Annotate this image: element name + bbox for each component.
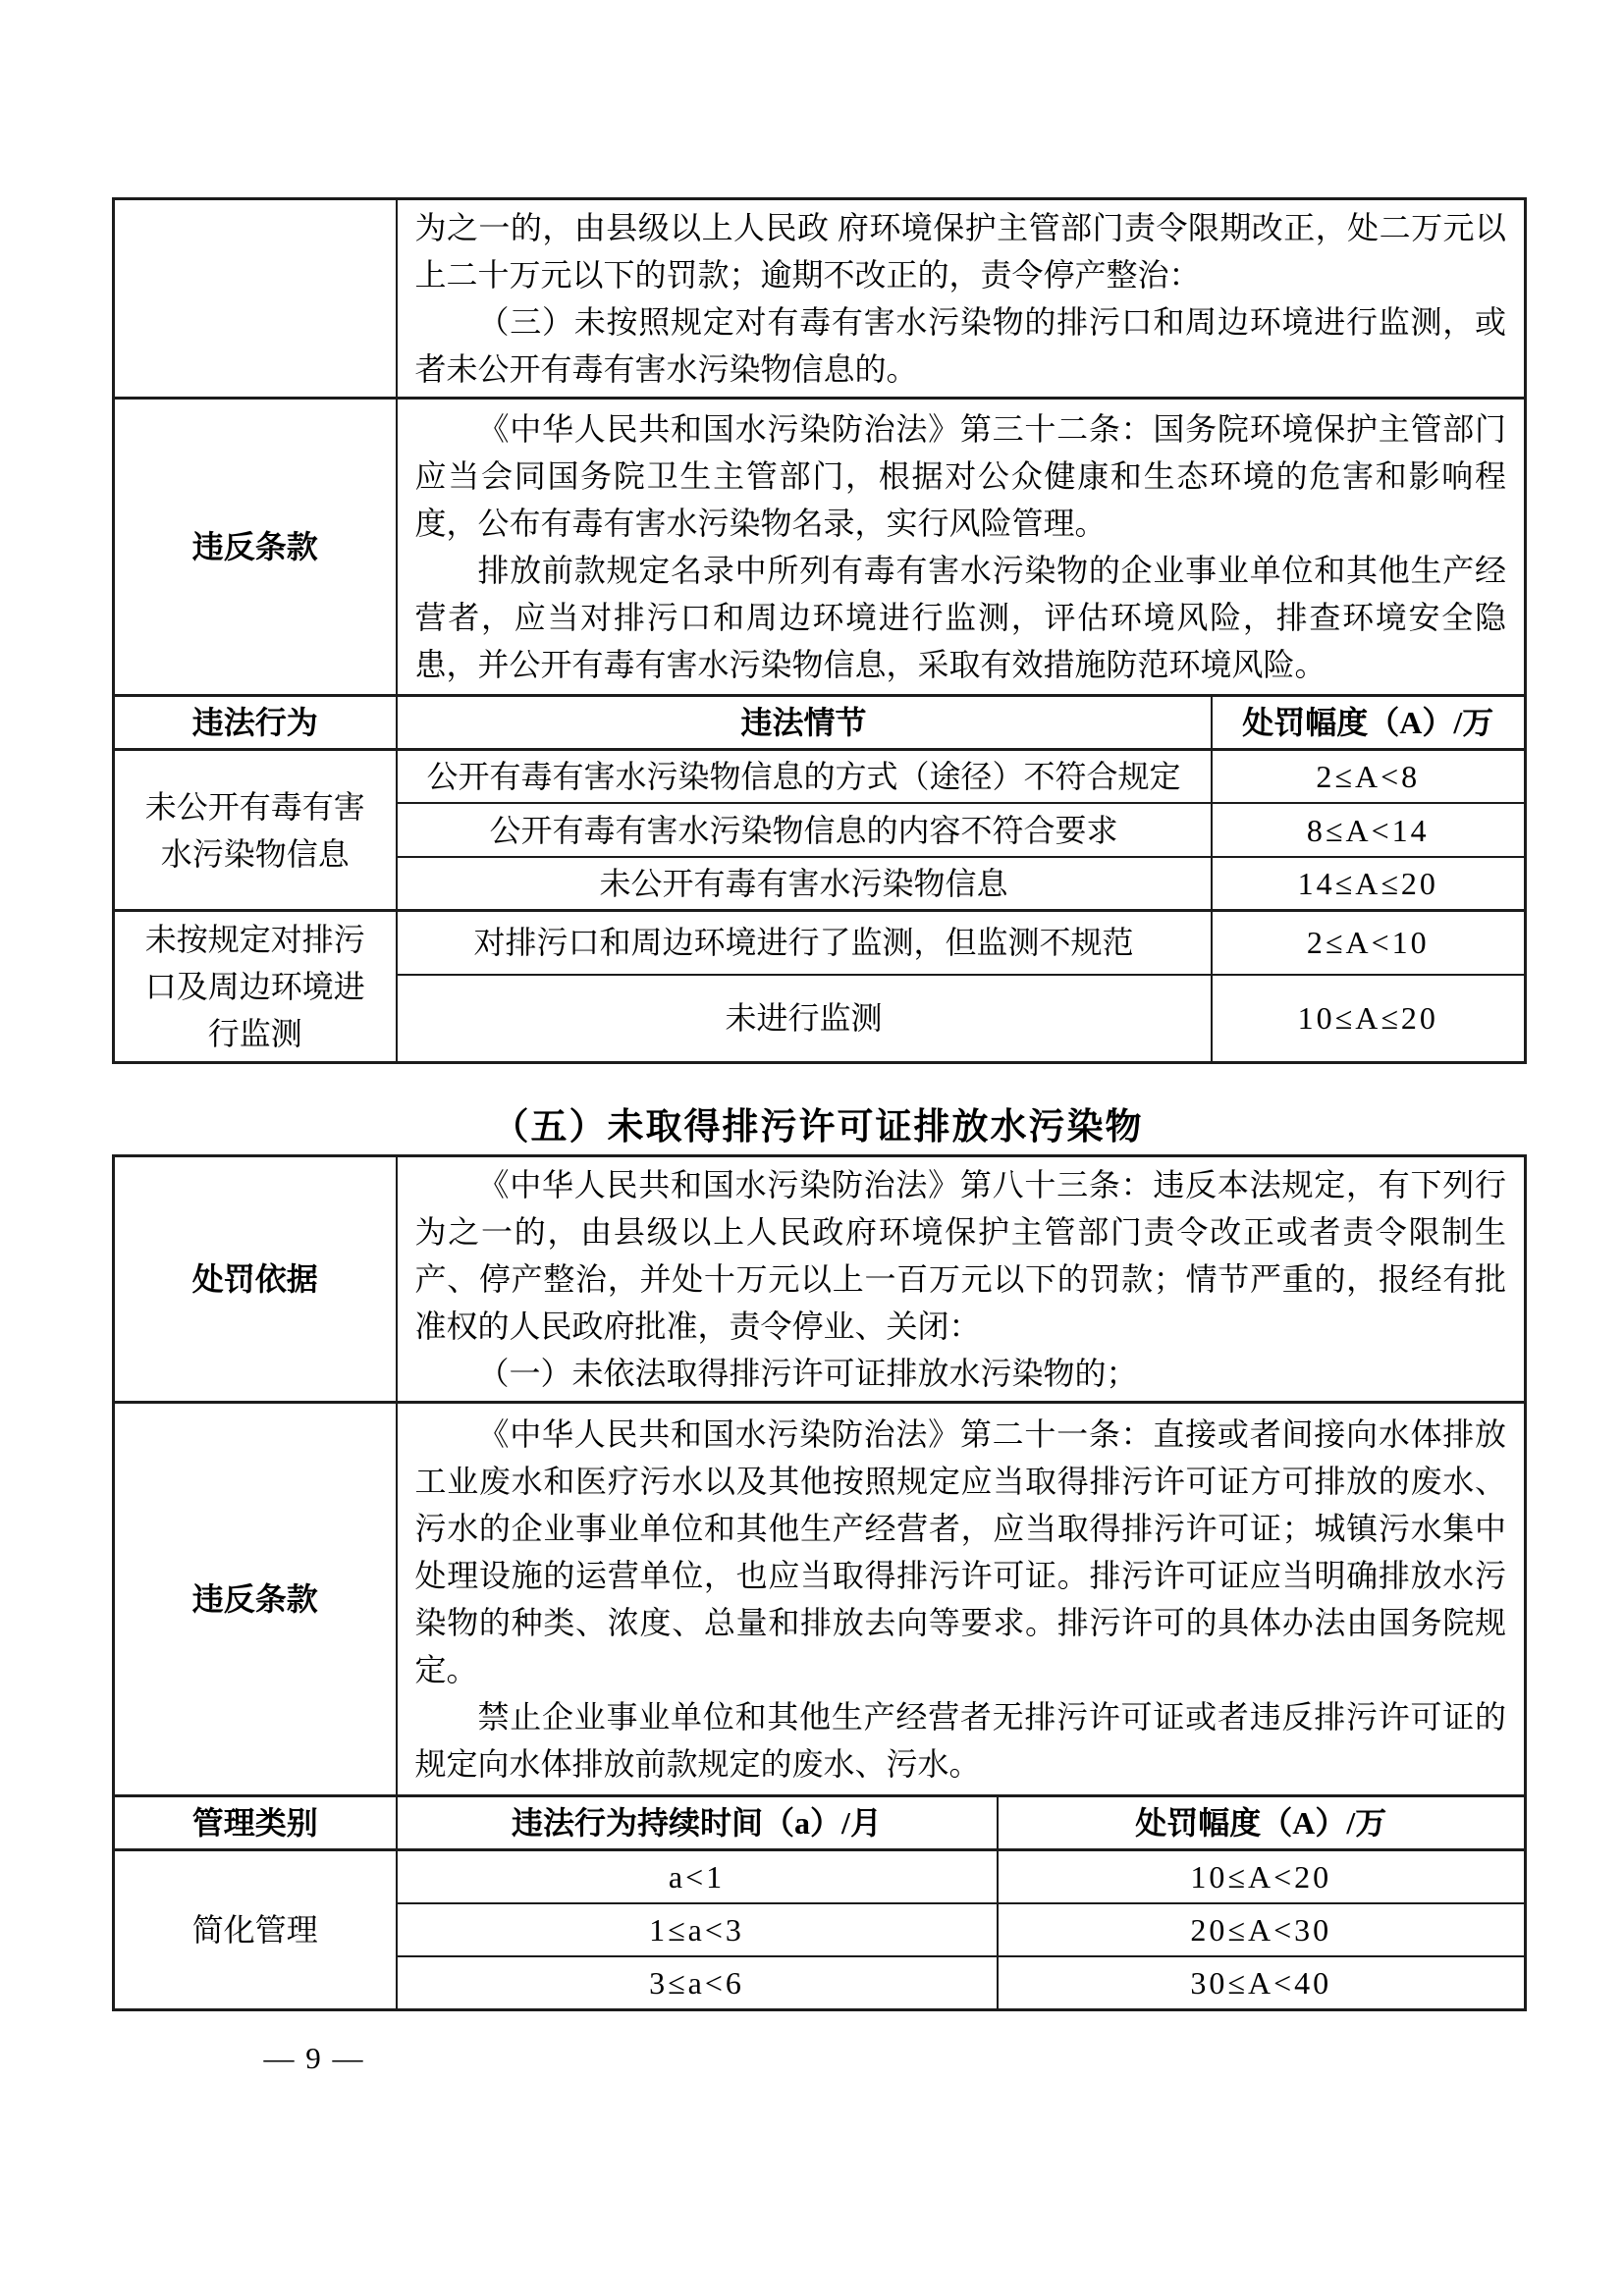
column-header-illegal-act: 违法行为 — [114, 696, 397, 750]
document-page: 为之一的，由县级以上人民政 府环境保护主管部门责令限期改正，处二万元以上二十万元… — [0, 0, 1624, 2296]
table-row: 违反条款 《中华人民共和国水污染防治法》第三十二条：国务院环境保护主管部门应当会… — [114, 399, 1526, 696]
paragraph: （一）未依法取得排污许可证排放水污染物的； — [415, 1350, 1507, 1397]
penalty-range-cell: 2≤A<8 — [1212, 750, 1526, 804]
column-header-penalty-range: 处罚幅度（A）/万 — [998, 1796, 1526, 1850]
circumstance-cell: 未进行监测 — [397, 975, 1212, 1063]
violation-clause-text-cell: 《中华人民共和国水污染防治法》第二十一条：直接或者间接向水体排放工业废水和医疗污… — [397, 1403, 1526, 1796]
table-row: 为之一的，由县级以上人民政 府环境保护主管部门责令限期改正，处二万元以上二十万元… — [114, 199, 1526, 399]
penalty-range-cell: 8≤A<14 — [1212, 803, 1526, 857]
violation-clause-label: 违反条款 — [114, 399, 397, 696]
page-number: — 9 — — [112, 2034, 516, 2083]
illegal-act-group1-label: 未公开有毒有害水污染物信息 — [114, 750, 397, 911]
paragraph: 《中华人民共和国水污染防治法》第三十二条：国务院环境保护主管部门应当会同国务院卫… — [415, 405, 1507, 547]
penalty-range-cell: 20≤A<30 — [998, 1903, 1526, 1956]
table-header-row: 管理类别 违法行为持续时间（a）/月 处罚幅度（A）/万 — [114, 1796, 1526, 1850]
table-row: 处罚依据 《中华人民共和国水污染防治法》第八十三条：违反本法规定，有下列行为之一… — [114, 1156, 1526, 1403]
duration-cell: a<1 — [397, 1850, 998, 1904]
paragraph: 为之一的，由县级以上人民政 府环境保护主管部门责令限期改正，处二万元以上二十万元… — [415, 204, 1507, 298]
law-table-toxic-pollutant-info: 为之一的，由县级以上人民政 府环境保护主管部门责令限期改正，处二万元以上二十万元… — [112, 197, 1527, 1064]
penalty-range-cell: 2≤A<10 — [1212, 911, 1526, 975]
table-header-row: 违法行为 违法情节 处罚幅度（A）/万 — [114, 696, 1526, 750]
penalty-range-cell: 30≤A<40 — [998, 1956, 1526, 2010]
circumstance-cell: 对排污口和周边环境进行了监测，但监测不规范 — [397, 911, 1212, 975]
duration-cell: 1≤a<3 — [397, 1903, 998, 1956]
column-header-penalty-range: 处罚幅度（A）/万 — [1212, 696, 1526, 750]
table-row: 简化管理 a<1 10≤A<20 — [114, 1850, 1526, 1904]
table-row: 违反条款 《中华人民共和国水污染防治法》第二十一条：直接或者间接向水体排放工业废… — [114, 1403, 1526, 1796]
paragraph: （三）未按照规定对有毒有害水污染物的排污口和周边环境进行监测，或者未公开有毒有害… — [415, 298, 1507, 393]
law-table-no-permit-discharge: 处罚依据 《中华人民共和国水污染防治法》第八十三条：违反本法规定，有下列行为之一… — [112, 1154, 1527, 2011]
duration-cell: 3≤a<6 — [397, 1956, 998, 2010]
paragraph: 排放前款规定名录中所列有毒有害水污染物的企业事业单位和其他生产经营者，应当对排污… — [415, 547, 1507, 688]
management-category-label: 简化管理 — [114, 1850, 397, 2010]
violation-clause-label: 违反条款 — [114, 1403, 397, 1796]
paragraph: 《中华人民共和国水污染防治法》第八十三条：违反本法规定，有下列行为之一的，由县级… — [415, 1161, 1507, 1350]
circumstance-cell: 公开有毒有害水污染物信息的内容不符合要求 — [397, 803, 1212, 857]
column-header-circumstance: 违法情节 — [397, 696, 1212, 750]
column-header-duration: 违法行为持续时间（a）/月 — [397, 1796, 998, 1850]
paragraph: 禁止企业事业单位和其他生产经营者无排污许可证或者违反排污许可证的规定向水体排放前… — [415, 1693, 1507, 1788]
illegal-act-group2-label: 未按规定对排污口及周边环境进行监测 — [114, 911, 397, 1063]
penalty-basis-label: 处罚依据 — [114, 1156, 397, 1403]
penalty-range-cell: 10≤A<20 — [998, 1850, 1526, 1904]
penalty-range-cell: 14≤A≤20 — [1212, 857, 1526, 911]
circumstance-cell: 未公开有毒有害水污染物信息 — [397, 857, 1212, 911]
column-header-management-category: 管理类别 — [114, 1796, 397, 1850]
paragraph: 《中华人民共和国水污染防治法》第二十一条：直接或者间接向水体排放工业废水和医疗污… — [415, 1411, 1507, 1693]
penalty-basis-continuation-cell: 为之一的，由县级以上人民政 府环境保护主管部门责令限期改正，处二万元以上二十万元… — [397, 199, 1526, 399]
section-5-title: （五）未取得排污许可证排放水污染物 — [112, 1103, 1524, 1152]
table-row: 未按规定对排污口及周边环境进行监测 对排污口和周边环境进行了监测，但监测不规范 … — [114, 911, 1526, 975]
violation-clause-text-cell: 《中华人民共和国水污染防治法》第三十二条：国务院环境保护主管部门应当会同国务院卫… — [397, 399, 1526, 696]
penalty-basis-text-cell: 《中华人民共和国水污染防治法》第八十三条：违反本法规定，有下列行为之一的，由县级… — [397, 1156, 1526, 1403]
circumstance-cell: 公开有毒有害水污染物信息的方式（途径）不符合规定 — [397, 750, 1212, 804]
penalty-range-cell: 10≤A≤20 — [1212, 975, 1526, 1063]
table-row: 未公开有毒有害水污染物信息 公开有毒有害水污染物信息的方式（途径）不符合规定 2… — [114, 750, 1526, 804]
empty-label-cell — [114, 199, 397, 399]
